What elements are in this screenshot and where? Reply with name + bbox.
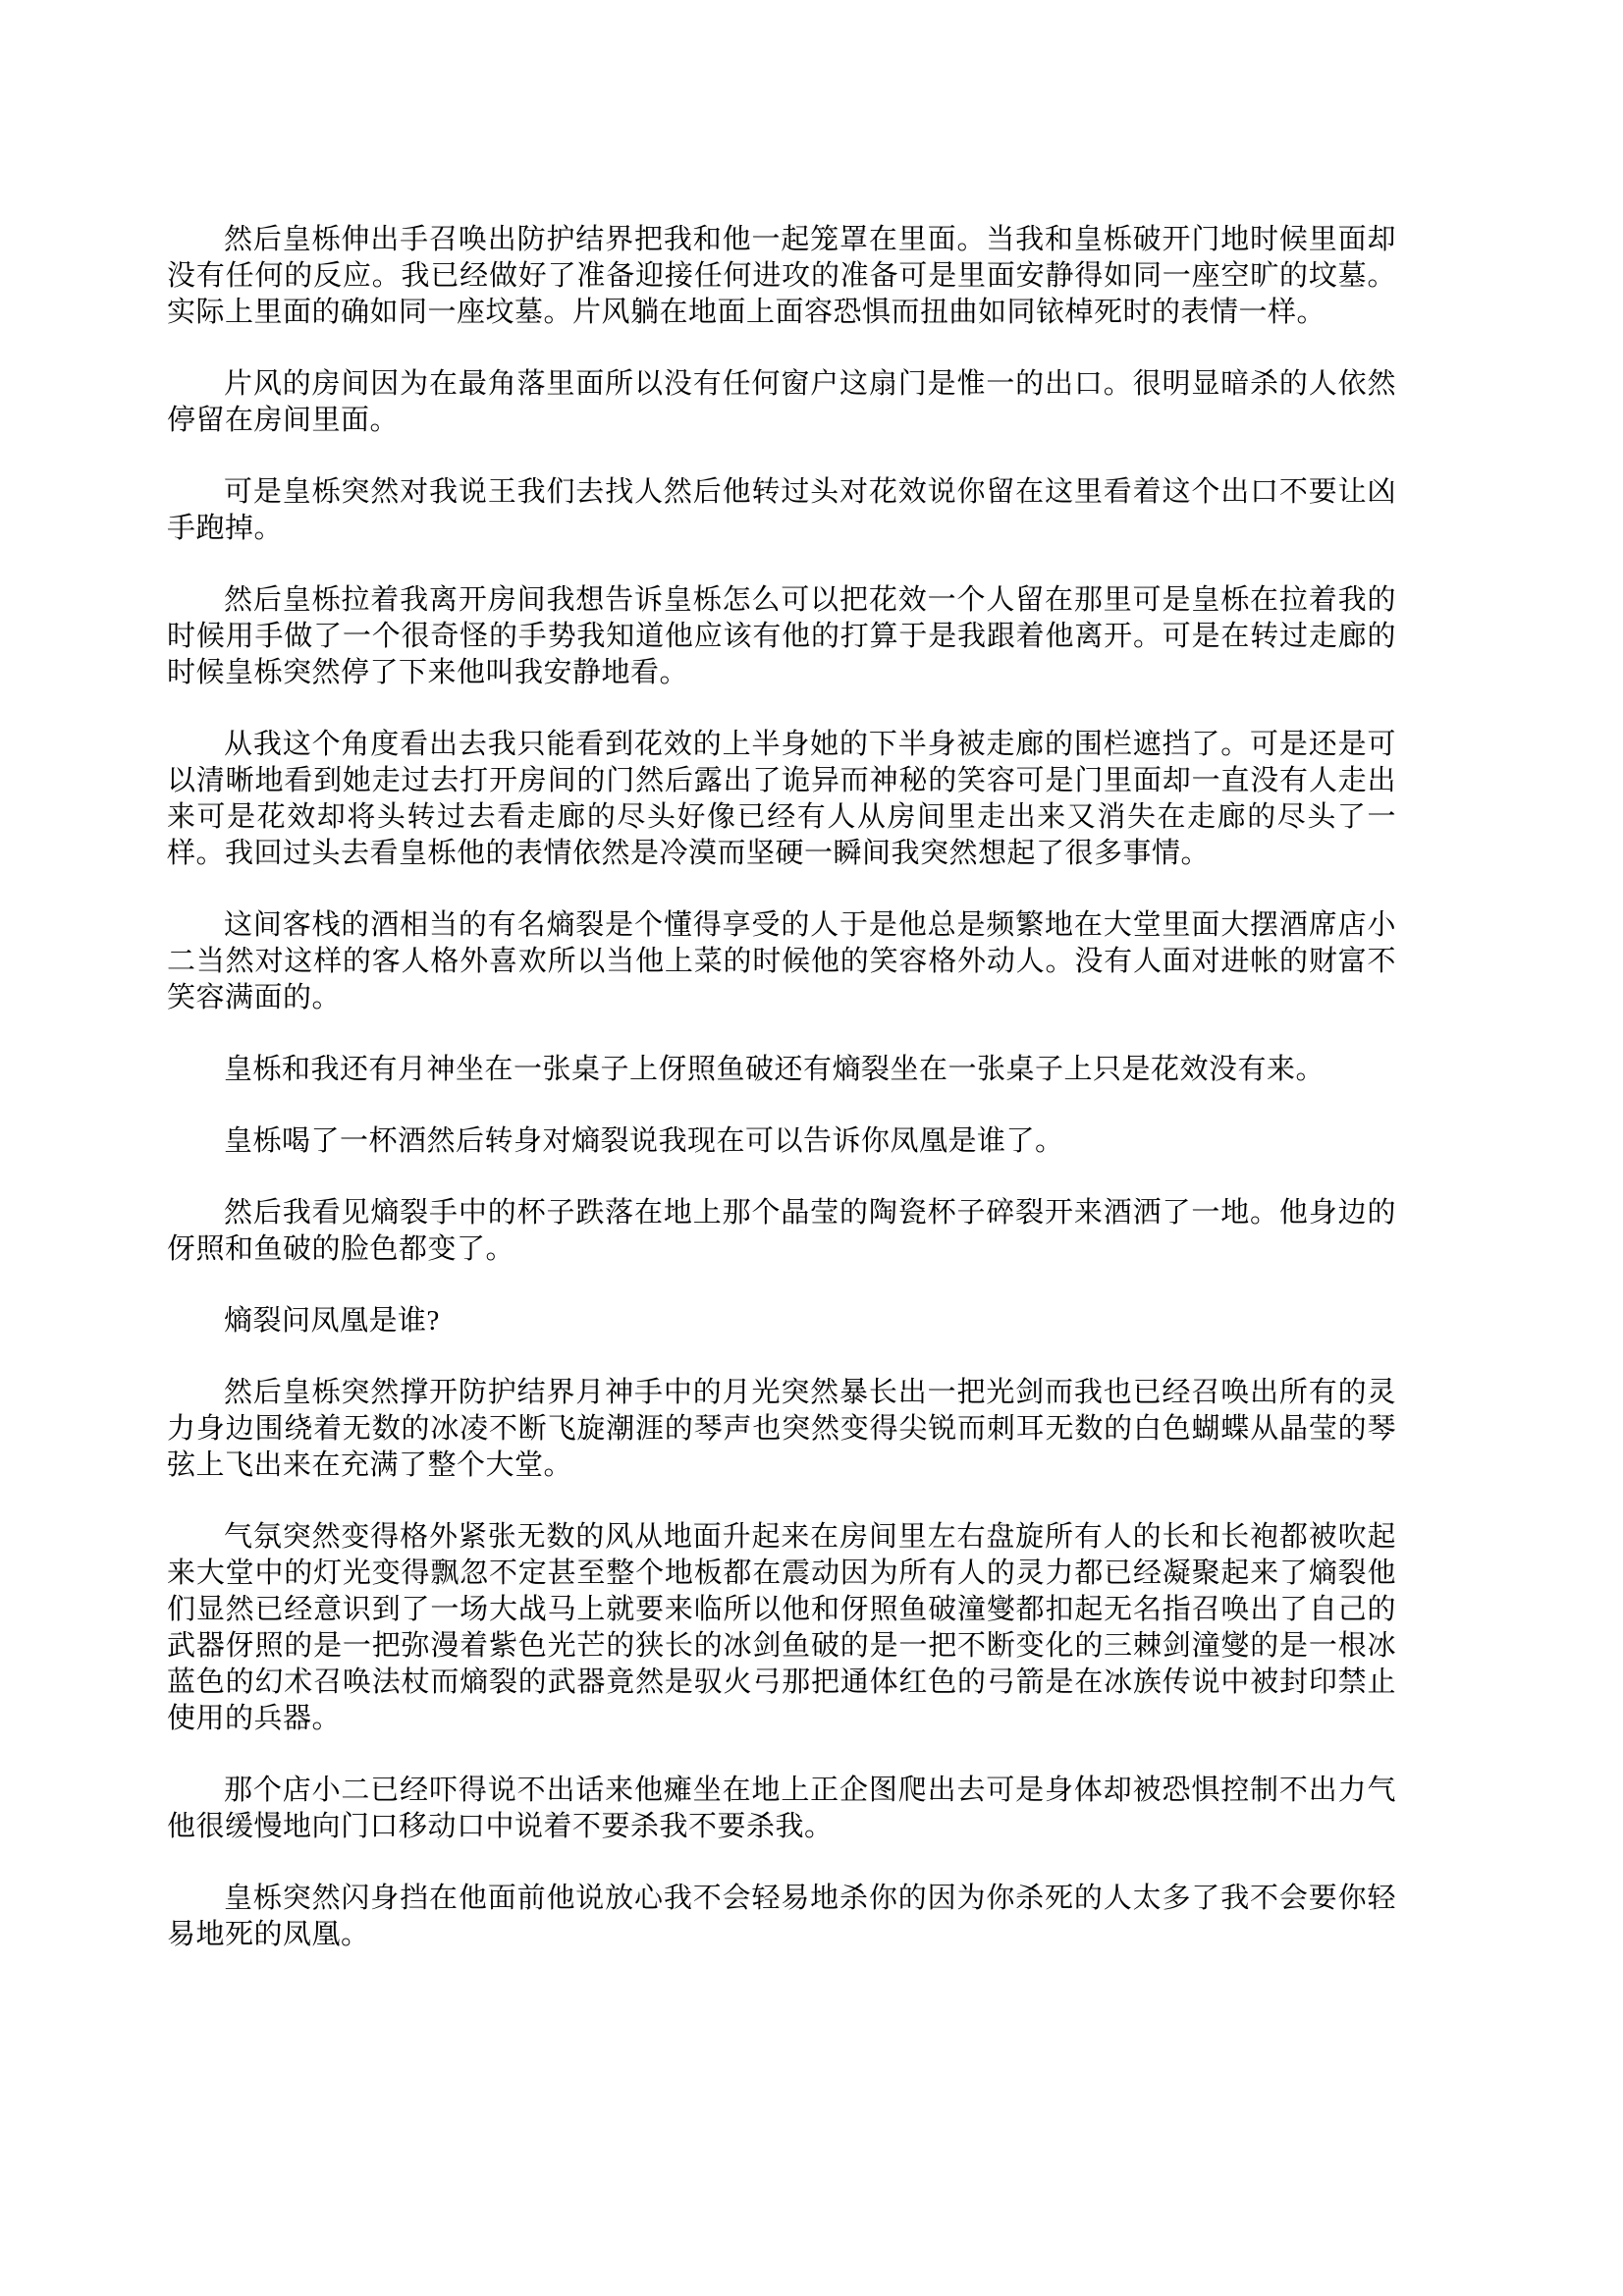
paragraph-11: 然后皇栎突然撑开防护结界月神手中的月光突然暴长出一把光剑而我也已经召唤出所有的灵… bbox=[167, 1375, 1396, 1484]
paragraph-6: 这间客栈的酒相当的有名熵裂是个懂得享受的人于是他总是频繁地在大堂里面大摆酒席店小… bbox=[167, 907, 1396, 1016]
paragraph-3: 可是皇栎突然对我说王我们去找人然后他转过头对花效说你留在这里看着这个出口不要让凶… bbox=[167, 474, 1396, 547]
paragraph-12: 气氛突然变得格外紧张无数的风从地面升起来在房间里左右盘旋所有人的长和长袍都被吹起… bbox=[167, 1519, 1396, 1737]
paragraph-4: 然后皇栎拉着我离开房间我想告诉皇栎怎么可以把花效一个人留在那里可是皇栎在拉着我的… bbox=[167, 582, 1396, 691]
paragraph-5: 从我这个角度看出去我只能看到花效的上半身她的下半身被走廊的围栏遮挡了。可是还是可… bbox=[167, 727, 1396, 872]
paragraph-10: 熵裂问凤凰是谁? bbox=[167, 1303, 1396, 1339]
paragraph-2: 片风的房间因为在最角落里面所以没有任何窗户这扇门是惟一的出口。很明显暗杀的人依然… bbox=[167, 366, 1396, 439]
paragraph-13: 那个店小二已经吓得说不出话来他瘫坐在地上正企图爬出去可是身体却被恐惧控制不出力气… bbox=[167, 1773, 1396, 1845]
paragraph-8: 皇栎喝了一杯酒然后转身对熵裂说我现在可以告诉你凤凰是谁了。 bbox=[167, 1123, 1396, 1160]
paragraph-1: 然后皇栎伸出手召唤出防护结界把我和他一起笼罩在里面。当我和皇栎破开门地时候里面却… bbox=[167, 222, 1396, 331]
document-page: 然后皇栎伸出手召唤出防护结界把我和他一起笼罩在里面。当我和皇栎破开门地时候里面却… bbox=[167, 222, 1396, 1953]
paragraph-9: 然后我看见熵裂手中的杯子跌落在地上那个晶莹的陶瓷杯子碎裂开来酒洒了一地。他身边的… bbox=[167, 1195, 1396, 1268]
paragraph-14: 皇栎突然闪身挡在他面前他说放心我不会轻易地杀你的因为你杀死的人太多了我不会要你轻… bbox=[167, 1881, 1396, 1953]
paragraph-7: 皇栎和我还有月神坐在一张桌子上伢照鱼破还有熵裂坐在一张桌子上只是花效没有来。 bbox=[167, 1052, 1396, 1088]
